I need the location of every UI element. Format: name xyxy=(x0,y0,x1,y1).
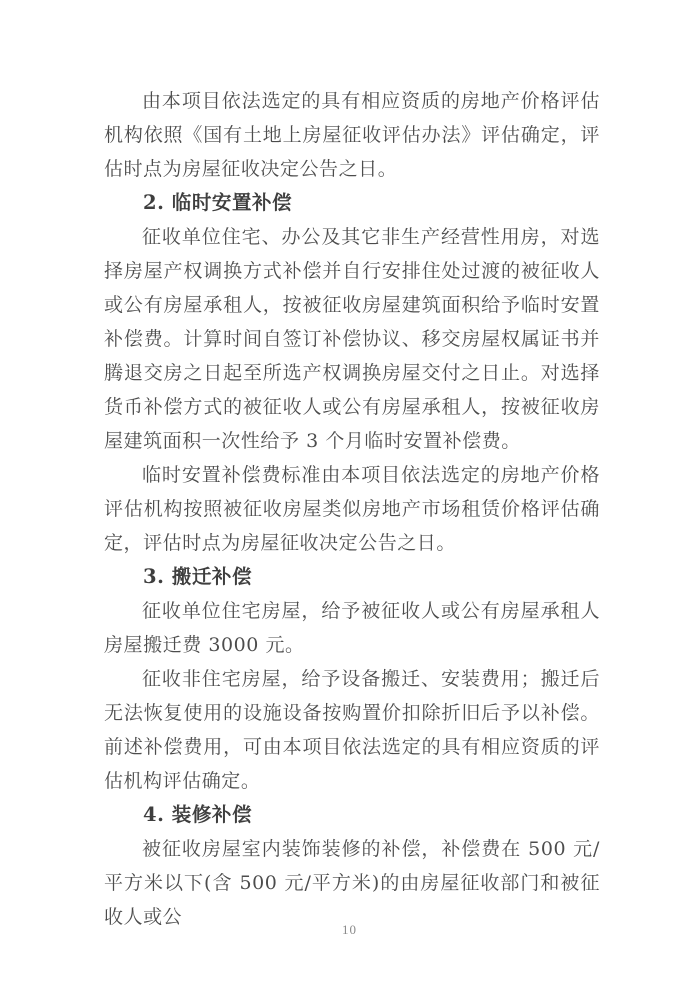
document-body: 由本项目依法选定的具有相应资质的房地产价格评估机构依照《国有土地上房屋征收评估办… xyxy=(104,84,600,934)
paragraph-temporary-resettlement-rules: 征收单位住宅、办公及其它非生产经营性用房，对选择房屋产权调换方式补偿并自行安排住… xyxy=(104,220,600,458)
section-heading-relocation: 3. 搬迁补偿 xyxy=(104,560,600,594)
paragraph-decoration-compensation: 被征收房屋室内装饰装修的补偿，补偿费在 500 元/平方米以下(含 500 元/… xyxy=(104,832,600,934)
document-page: { "colors": { "page_background": "#fffff… xyxy=(0,0,699,989)
paragraph-relocation-residential: 征收单位住宅房屋，给予被征收人或公有房屋承租人房屋搬迁费 3000 元。 xyxy=(104,594,600,662)
section-heading-temporary-resettlement: 2. 临时安置补偿 xyxy=(104,186,600,220)
page-background: 由本项目依法选定的具有相应资质的房地产价格评估机构依照《国有土地上房屋征收评估办… xyxy=(0,0,699,989)
page-number: 10 xyxy=(0,922,699,938)
section-heading-decoration: 4. 装修补偿 xyxy=(104,798,600,832)
paragraph-relocation-nonresidential: 征收非住宅房屋，给予设备搬迁、安装费用；搬迁后无法恢复使用的设施设备按购置价扣除… xyxy=(104,662,600,798)
paragraph-temporary-resettlement-standard: 临时安置补偿费标准由本项目依法选定的房地产价格评估机构按照被征收房屋类似房地产市… xyxy=(104,458,600,560)
paragraph-assessment-basis: 由本项目依法选定的具有相应资质的房地产价格评估机构依照《国有土地上房屋征收评估办… xyxy=(104,84,600,186)
